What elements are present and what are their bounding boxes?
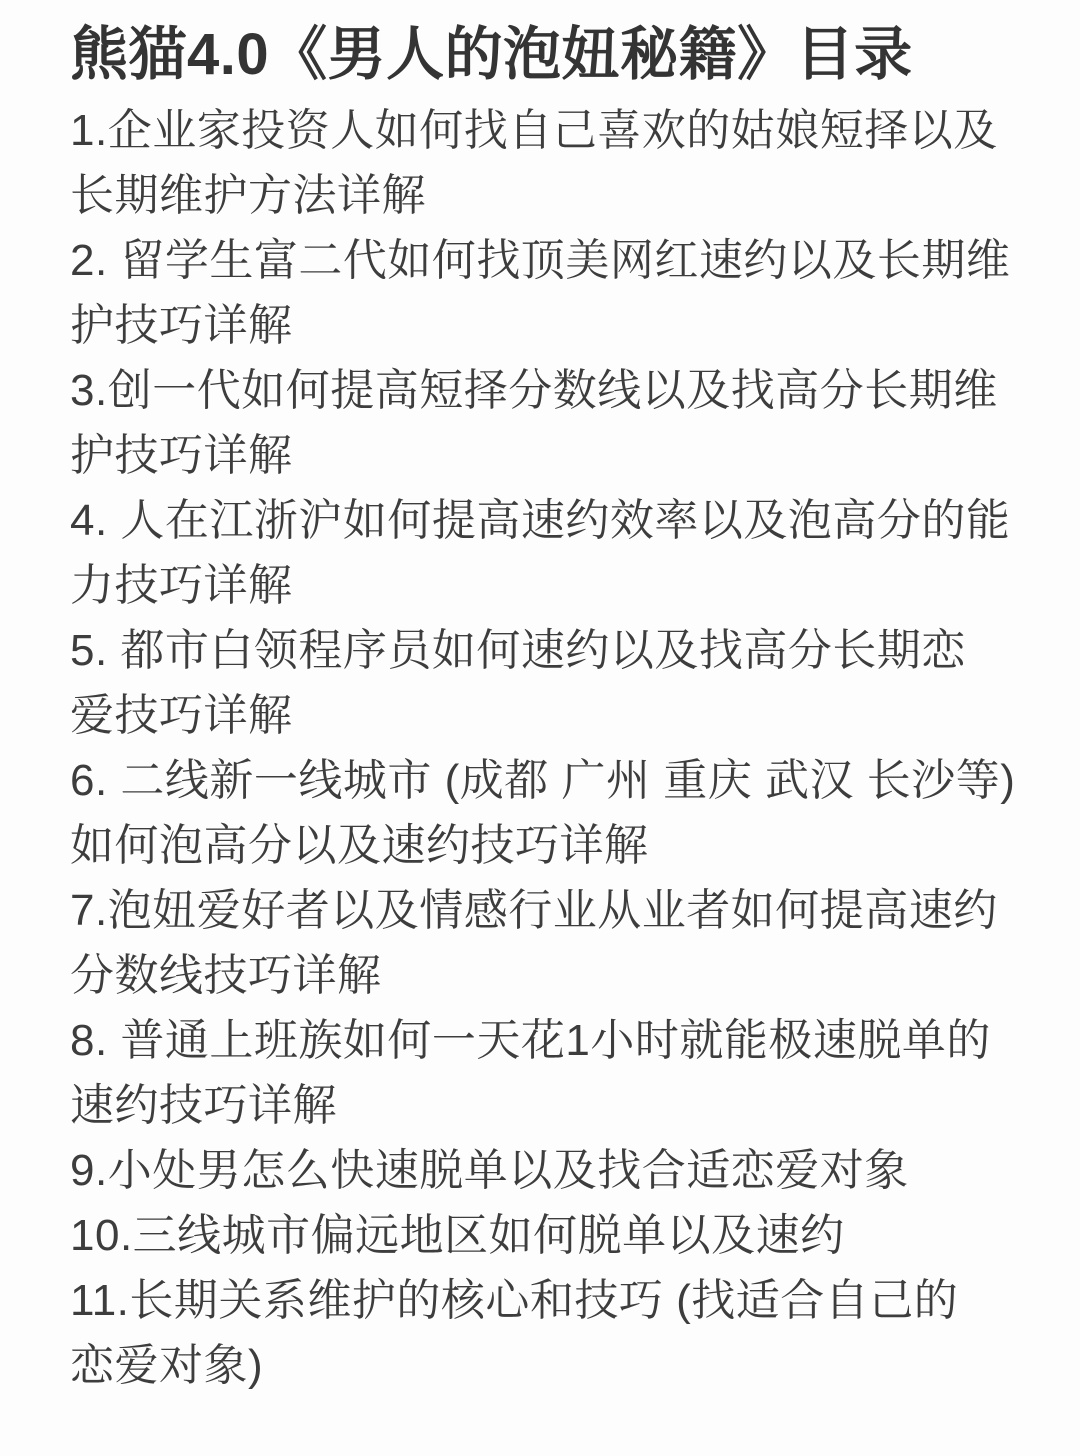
toc-item-11: 11.长期关系维护的核心和技巧 (找适合自己的 恋爱对象) (70, 1268, 1024, 1398)
toc-item-6: 6. 二线新一线城市 (成都 广州 重庆 武汉 长沙等) 如何泡高分以及速约技巧… (70, 748, 1024, 878)
toc-item-1: 1.企业家投资人如何找自己喜欢的姑娘短择以及 长期维护方法详解 (70, 98, 1024, 228)
page-title: 熊猫4.0《男人的泡妞秘籍》目录 (70, 14, 1024, 96)
toc-item-5: 5. 都市白领程序员如何速约以及找高分长期恋 爱技巧详解 (70, 618, 1024, 748)
table-of-contents: 1.企业家投资人如何找自己喜欢的姑娘短择以及 长期维护方法详解 2. 留学生富二… (70, 98, 1024, 1398)
document-page: 熊猫4.0《男人的泡妞秘籍》目录 1.企业家投资人如何找自己喜欢的姑娘短择以及 … (0, 0, 1080, 1456)
toc-item-10: 10.三线城市偏远地区如何脱单以及速约 (70, 1203, 1024, 1268)
toc-item-2: 2. 留学生富二代如何找顶美网红速约以及长期维 护技巧详解 (70, 228, 1024, 358)
toc-item-7: 7.泡妞爱好者以及情感行业从业者如何提高速约 分数线技巧详解 (70, 878, 1024, 1008)
toc-item-8: 8. 普通上班族如何一天花1小时就能极速脱单的 速约技巧详解 (70, 1008, 1024, 1138)
toc-item-9: 9.小处男怎么快速脱单以及找合适恋爱对象 (70, 1138, 1024, 1203)
toc-item-4: 4. 人在江浙沪如何提高速约效率以及泡高分的能 力技巧详解 (70, 488, 1024, 618)
toc-item-3: 3.创一代如何提高短择分数线以及找高分长期维 护技巧详解 (70, 358, 1024, 488)
